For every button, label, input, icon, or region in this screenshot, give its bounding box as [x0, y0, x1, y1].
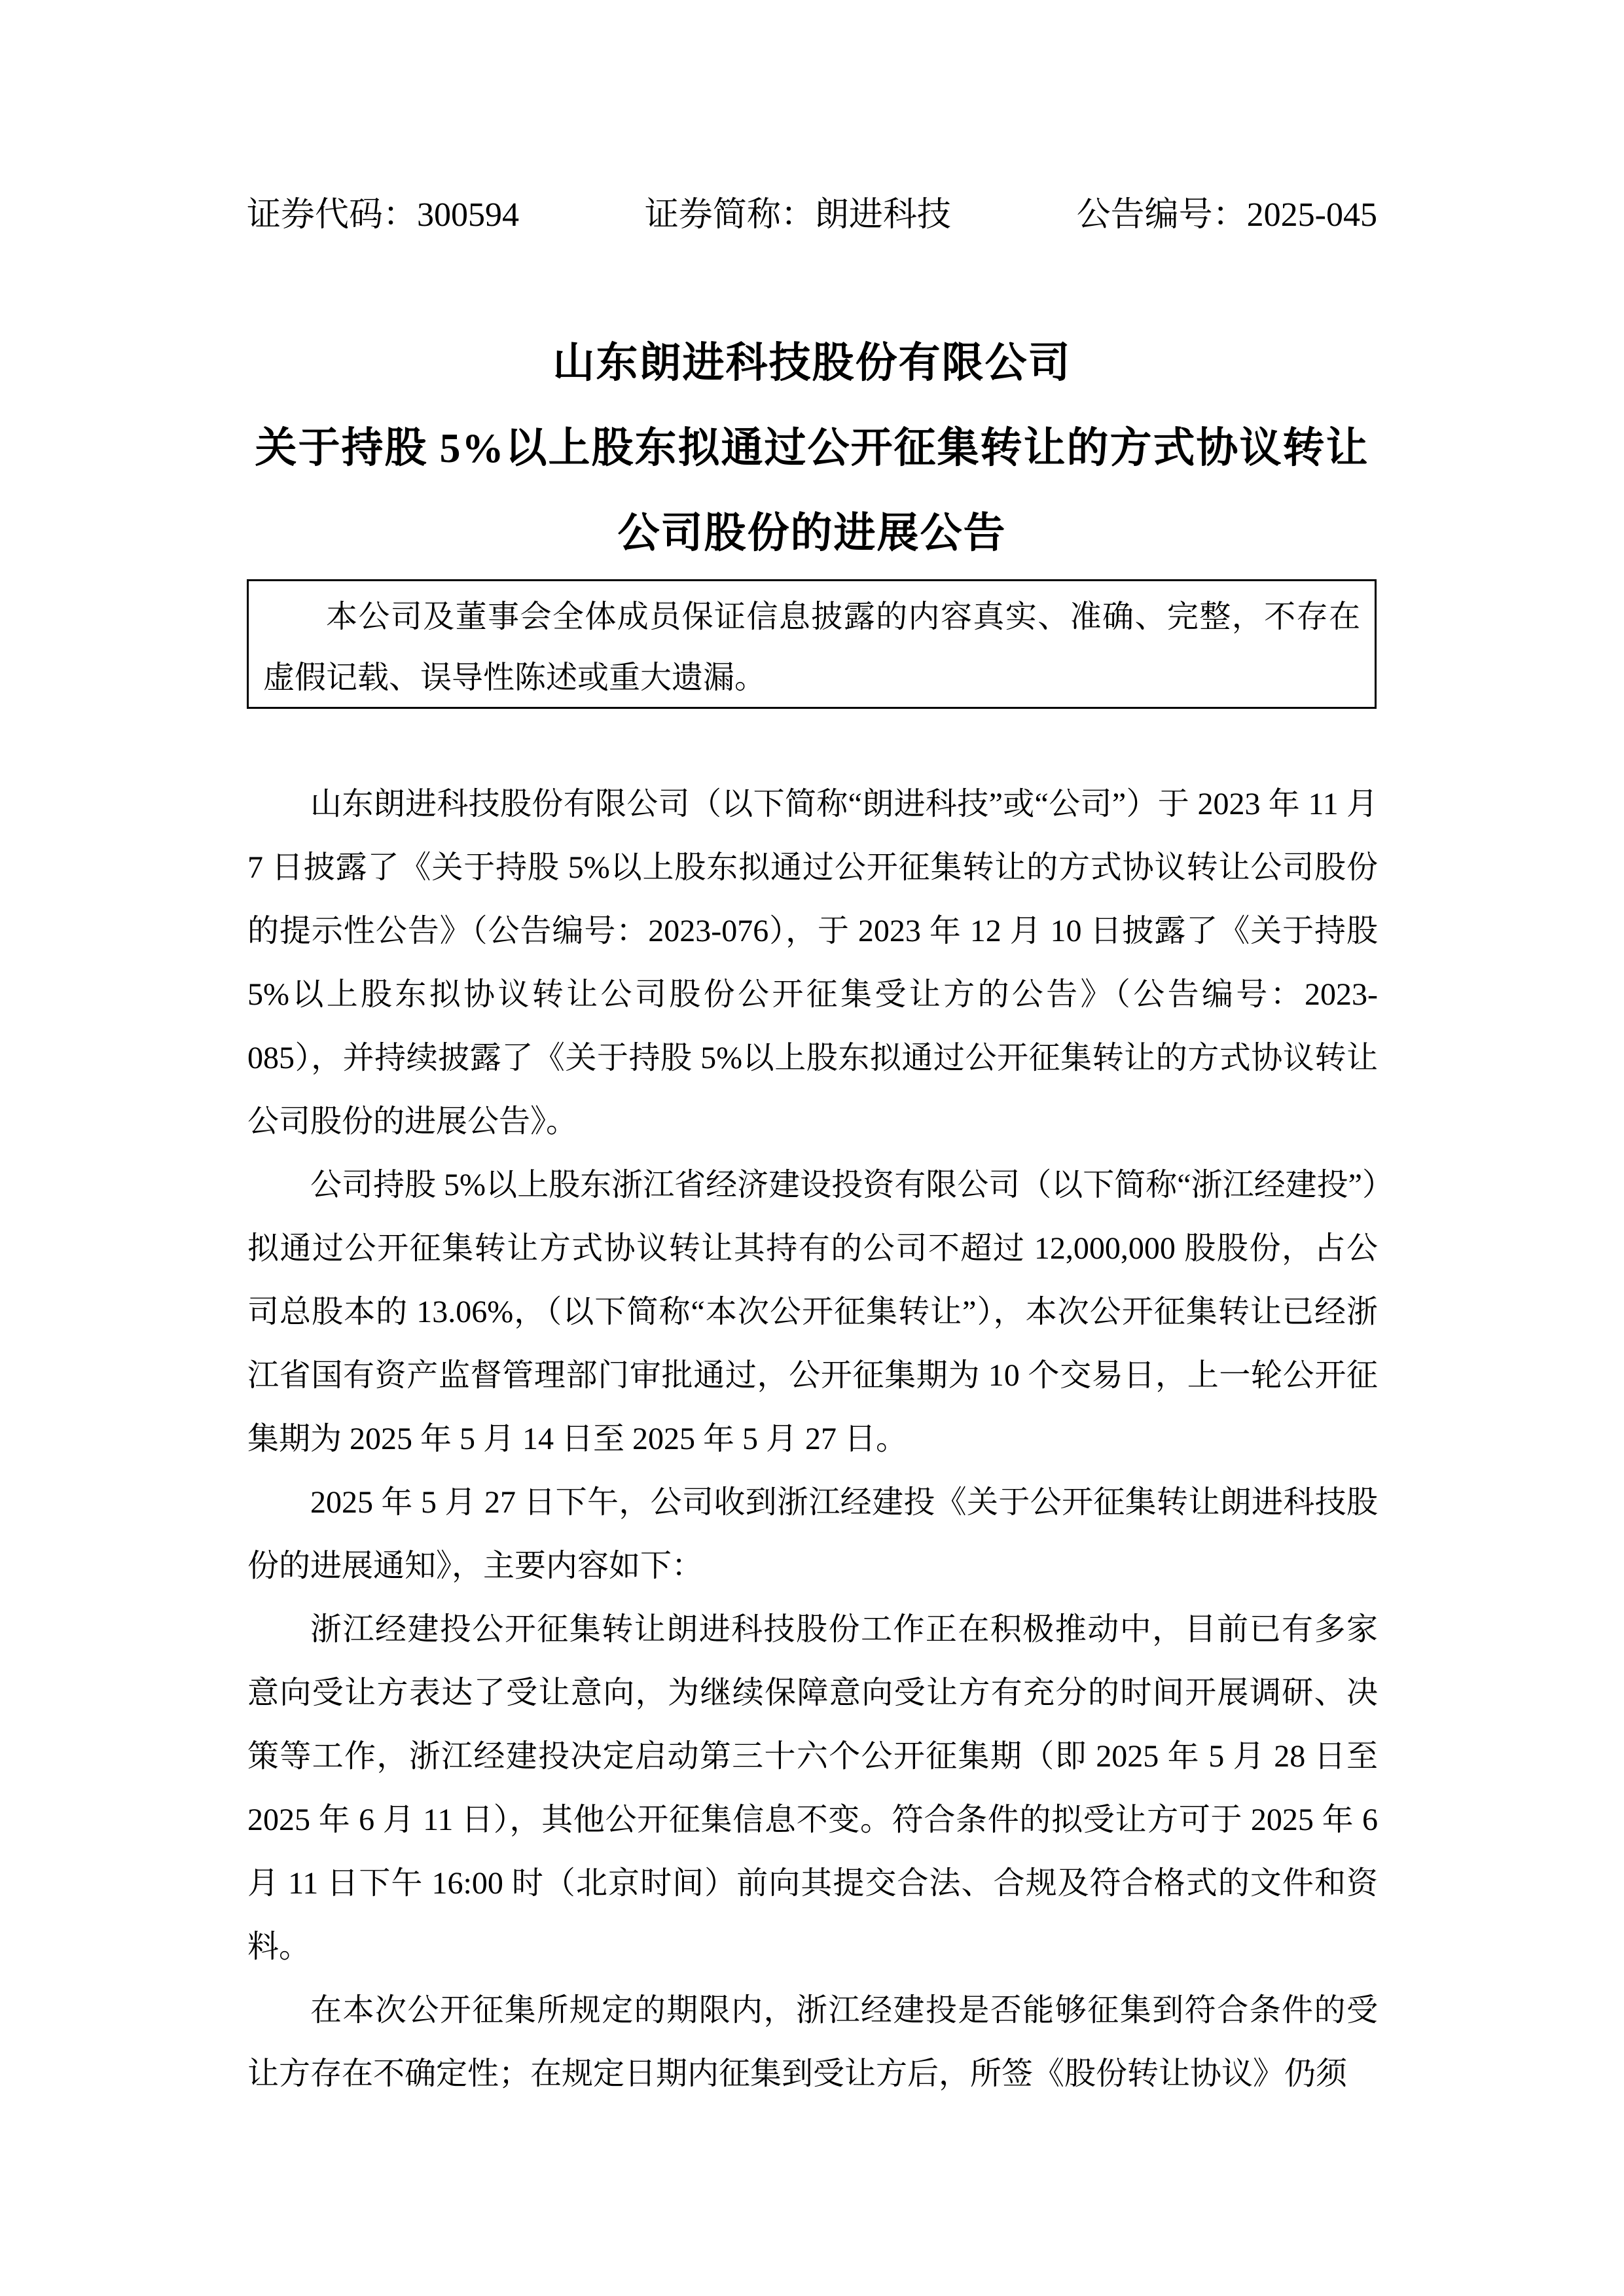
title-line-3: 公司股份的进展公告	[0, 491, 1624, 576]
document-title: 山东朗进科技股份有限公司 关于持股 5%以上股东拟通过公开征集转让的方式协议转让…	[0, 321, 1624, 576]
body-paragraph-1: 山东朗进科技股份有限公司（以下简称“朗进科技”或“公司”）于 2023 年 11…	[247, 772, 1378, 1153]
title-company-name: 山东朗进科技股份有限公司	[0, 321, 1624, 406]
disclaimer-box: 本公司及董事会全体成员保证信息披露的内容真实、准确、完整，不存在虚假记载、误导性…	[247, 579, 1377, 709]
document-body: 山东朗进科技股份有限公司（以下简称“朗进科技”或“公司”）于 2023 年 11…	[247, 772, 1378, 2106]
body-paragraph-3: 2025 年 5 月 27 日下午，公司收到浙江经建投《关于公开征集转让朗进科技…	[247, 1471, 1378, 1598]
body-paragraph-4: 浙江经建投公开征集转让朗进科技股份工作正在积极推动中，目前已有多家意向受让方表达…	[247, 1598, 1378, 1979]
stock-code: 证券代码：300594	[247, 194, 519, 237]
disclaimer-text: 本公司及董事会全体成员保证信息披露的内容真实、准确、完整，不存在虚假记载、误导性…	[263, 586, 1360, 708]
announcement-number: 公告编号：2025-045	[1077, 194, 1377, 237]
title-line-2: 关于持股 5%以上股东拟通过公开征集转让的方式协议转让	[0, 406, 1624, 491]
body-paragraph-2: 公司持股 5%以上股东浙江省经济建设投资有限公司（以下简称“浙江经建投”）拟通过…	[247, 1153, 1378, 1471]
document-page: 证券代码：300594 证券简称：朗进科技 公告编号：2025-045 山东朗进…	[0, 0, 1624, 2296]
body-paragraph-5: 在本次公开征集所规定的期限内，浙江经建投是否能够征集到符合条件的受让方存在不确定…	[247, 1979, 1378, 2106]
stock-short-name: 证券简称：朗进科技	[645, 194, 951, 237]
document-header: 证券代码：300594 证券简称：朗进科技 公告编号：2025-045	[247, 194, 1377, 237]
